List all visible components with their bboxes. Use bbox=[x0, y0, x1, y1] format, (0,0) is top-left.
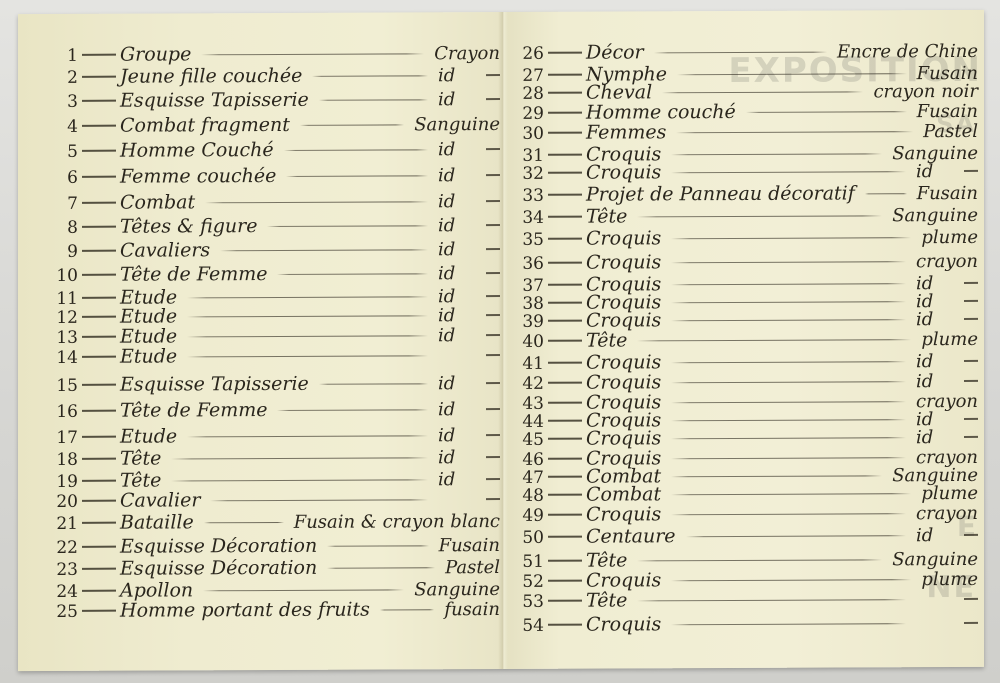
leader-line bbox=[204, 521, 284, 523]
list-item: 18Têteid bbox=[50, 446, 500, 470]
dash-separator bbox=[548, 600, 582, 602]
leader-line bbox=[671, 261, 906, 264]
entry-title: Esquisse Décoration bbox=[120, 535, 317, 558]
leader-line bbox=[187, 335, 428, 338]
dash-separator bbox=[548, 340, 582, 342]
entry-medium: Fusain & crayon blanc bbox=[294, 511, 500, 533]
entry-title: Croquis bbox=[586, 503, 661, 525]
dash-separator bbox=[82, 226, 116, 228]
list-item: 30FemmesPastel bbox=[516, 120, 978, 144]
leader-line bbox=[187, 355, 428, 358]
entry-number: 36 bbox=[516, 254, 544, 274]
dash-separator bbox=[548, 580, 582, 582]
entry-title: Croquis bbox=[586, 427, 661, 449]
right-entry-list: 26DécorEncre de Chine27NympheFusain28Che… bbox=[516, 40, 978, 42]
entry-number: 53 bbox=[516, 592, 544, 612]
list-item: 23Esquisse DécorationPastel bbox=[50, 556, 500, 580]
leader-line bbox=[686, 535, 906, 537]
leader-line bbox=[637, 339, 911, 342]
entry-title: Esquisse Tapisserie bbox=[120, 373, 309, 396]
tail-dash bbox=[964, 170, 978, 172]
tail-dash bbox=[964, 380, 978, 382]
list-item: 15Esquisse Tapisserieid bbox=[50, 372, 500, 396]
entry-number: 49 bbox=[516, 506, 544, 526]
document-sheet: 1GroupeCrayon2Jeune fille couchéeid3Esqu… bbox=[18, 10, 984, 671]
list-item: 2Jeune fille couchéeid bbox=[50, 64, 500, 88]
list-item: 22Esquisse DécorationFusain bbox=[50, 534, 500, 558]
entry-medium: id bbox=[438, 139, 478, 160]
list-item: 20Cavalier bbox=[50, 488, 500, 512]
entry-title: Centaure bbox=[586, 525, 676, 547]
leader-line bbox=[312, 75, 428, 77]
entry-title: Etude bbox=[120, 425, 177, 447]
dash-separator bbox=[548, 624, 582, 626]
list-item: 16Tête de Femmeid bbox=[50, 398, 500, 422]
leader-line bbox=[187, 315, 428, 318]
entry-medium: Sanguine bbox=[892, 205, 978, 226]
entry-medium: id bbox=[438, 191, 478, 212]
entry-medium: id bbox=[438, 305, 478, 326]
tail-dash bbox=[964, 360, 978, 362]
dash-separator bbox=[82, 297, 116, 299]
entry-number: 10 bbox=[50, 266, 78, 286]
leader-line bbox=[327, 545, 428, 547]
leader-line bbox=[662, 91, 863, 93]
entry-number: 23 bbox=[50, 560, 78, 580]
dash-separator bbox=[82, 76, 116, 78]
entry-medium: id bbox=[916, 371, 956, 392]
entry-title: Groupe bbox=[120, 43, 191, 65]
dash-separator bbox=[548, 154, 582, 156]
leader-line bbox=[676, 131, 913, 134]
entry-title: Tête de Femme bbox=[120, 263, 267, 286]
entry-title: Tête bbox=[120, 447, 161, 469]
list-item: 25Homme portant des fruitsfusain bbox=[50, 598, 500, 622]
leader-line bbox=[284, 149, 428, 151]
entry-number: 7 bbox=[50, 194, 78, 214]
entry-number: 26 bbox=[516, 44, 544, 64]
entry-title: Bataille bbox=[120, 511, 194, 533]
entry-title: Cheval bbox=[586, 81, 652, 103]
leader-line bbox=[319, 383, 428, 385]
leader-line bbox=[637, 599, 906, 602]
entry-title: Croquis bbox=[586, 251, 661, 273]
dash-separator bbox=[82, 568, 116, 570]
dash-separator bbox=[82, 410, 116, 412]
dash-separator bbox=[548, 382, 582, 384]
dash-separator bbox=[82, 54, 116, 56]
leader-line bbox=[171, 479, 428, 482]
entry-medium: id bbox=[438, 425, 478, 446]
dash-separator bbox=[82, 356, 116, 358]
entry-title: Croquis bbox=[586, 351, 661, 373]
leader-line bbox=[671, 419, 906, 422]
left-entry-list: 1GroupeCrayon2Jeune fille couchéeid3Esqu… bbox=[50, 42, 500, 44]
entry-number: 9 bbox=[50, 242, 78, 262]
entry-number: 20 bbox=[50, 492, 78, 512]
leader-line bbox=[210, 499, 428, 501]
entry-title: Etude bbox=[120, 305, 177, 327]
entry-title: Têtes & figure bbox=[120, 215, 257, 238]
entry-title: Tête bbox=[120, 469, 161, 491]
entry-title: Etude bbox=[120, 325, 177, 347]
leader-line bbox=[671, 237, 911, 240]
entry-title: Croquis bbox=[586, 227, 661, 249]
leader-line bbox=[671, 437, 906, 440]
leader-line bbox=[267, 225, 428, 227]
dash-separator bbox=[548, 92, 582, 94]
page-fold bbox=[498, 12, 508, 669]
entry-title: Homme portant des fruits bbox=[120, 599, 370, 622]
dash-separator bbox=[548, 172, 582, 174]
dash-separator bbox=[548, 238, 582, 240]
entry-title: Femme couchée bbox=[120, 165, 276, 188]
leader-line bbox=[187, 296, 428, 299]
leader-line bbox=[671, 171, 906, 174]
entry-medium: id bbox=[438, 263, 478, 284]
dash-separator bbox=[82, 202, 116, 204]
entry-medium: id bbox=[438, 373, 478, 394]
entry-medium: plume bbox=[921, 329, 978, 350]
list-item: 49Croquiscrayon bbox=[516, 502, 978, 526]
dash-separator bbox=[548, 112, 582, 114]
leader-line bbox=[671, 579, 911, 582]
leader-line bbox=[277, 409, 428, 411]
list-item: 10Tête de Femmeid bbox=[50, 262, 500, 286]
entry-medium: id bbox=[438, 65, 478, 86]
list-item: 21BatailleFusain & crayon blanc bbox=[50, 510, 500, 534]
entry-number: 22 bbox=[50, 538, 78, 558]
entry-medium: Pastel bbox=[923, 121, 978, 142]
entry-medium: id bbox=[916, 525, 956, 546]
entry-number: 14 bbox=[50, 348, 78, 368]
dash-separator bbox=[82, 316, 116, 318]
leader-line bbox=[671, 493, 911, 496]
entry-title: Tête bbox=[586, 589, 627, 611]
tail-dash bbox=[964, 318, 978, 320]
entry-medium: Sanguine bbox=[414, 114, 500, 135]
leader-line bbox=[671, 319, 906, 322]
list-item: 9Cavaliersid bbox=[50, 238, 500, 262]
dash-separator bbox=[82, 150, 116, 152]
dash-separator bbox=[548, 438, 582, 440]
list-item: 5Homme Couchéid bbox=[50, 138, 500, 162]
dash-separator bbox=[82, 590, 116, 592]
entry-medium: id bbox=[916, 351, 956, 372]
entry-title: Croquis bbox=[586, 371, 661, 393]
leader-line bbox=[220, 249, 428, 251]
entry-medium: id bbox=[916, 161, 956, 182]
entry-number: 8 bbox=[50, 218, 78, 238]
entry-title: Cavaliers bbox=[120, 239, 210, 261]
dash-separator bbox=[548, 262, 582, 264]
dash-separator bbox=[82, 176, 116, 178]
entry-title: Jeune fille couchée bbox=[120, 65, 302, 88]
list-item: 7Combatid bbox=[50, 190, 500, 214]
entry-number: 35 bbox=[516, 230, 544, 250]
entry-title: Etude bbox=[120, 345, 177, 367]
leader-line bbox=[671, 475, 882, 477]
dash-separator bbox=[548, 458, 582, 460]
dash-separator bbox=[82, 522, 116, 524]
entry-medium: id bbox=[916, 427, 956, 448]
tail-dash bbox=[964, 622, 978, 624]
dash-separator bbox=[548, 194, 582, 196]
list-item: 33Projet de Panneau décoratifFusain bbox=[516, 182, 978, 206]
list-item: 54Croquis bbox=[516, 612, 978, 636]
leader-line bbox=[677, 73, 907, 76]
dash-separator bbox=[548, 420, 582, 422]
list-item: 40Têteplume bbox=[516, 328, 978, 352]
entry-title: Croquis bbox=[586, 309, 661, 331]
leader-line bbox=[277, 273, 428, 275]
leader-line bbox=[671, 623, 906, 626]
leader-line bbox=[300, 124, 404, 126]
leader-line bbox=[671, 513, 906, 516]
tail-dash bbox=[964, 598, 978, 600]
list-item: 3Esquisse Tapisserieid bbox=[50, 88, 500, 112]
dash-separator bbox=[82, 125, 116, 127]
leader-line bbox=[201, 53, 424, 55]
dash-separator bbox=[548, 494, 582, 496]
tail-dash bbox=[964, 282, 978, 284]
entry-medium: Pastel bbox=[445, 557, 500, 578]
entry-title: Esquisse Tapisserie bbox=[120, 89, 309, 112]
entry-medium: crayon bbox=[916, 503, 978, 524]
leader-line bbox=[865, 193, 907, 195]
entry-number: 3 bbox=[50, 92, 78, 112]
dash-separator bbox=[82, 250, 116, 252]
dash-separator bbox=[548, 216, 582, 218]
leader-line bbox=[205, 201, 428, 203]
entry-number: 17 bbox=[50, 428, 78, 448]
entry-number: 18 bbox=[50, 450, 78, 470]
leader-line bbox=[319, 99, 428, 101]
entry-title: Tête de Femme bbox=[120, 399, 267, 422]
entry-title: Combat bbox=[120, 191, 195, 213]
list-item: 14Etude bbox=[50, 344, 500, 368]
entry-number: 54 bbox=[516, 616, 544, 636]
entry-title: Croquis bbox=[586, 613, 661, 635]
entry-title: Décor bbox=[586, 41, 644, 63]
leader-line bbox=[671, 301, 906, 304]
entry-number: 21 bbox=[50, 514, 78, 534]
list-item: 53Tête bbox=[516, 588, 978, 612]
entry-medium: id bbox=[438, 325, 478, 346]
leader-line bbox=[671, 401, 906, 404]
list-item: 4Combat fragmentSanguine bbox=[50, 113, 500, 137]
list-item: 50Centaureid bbox=[516, 524, 978, 548]
entry-number: 2 bbox=[50, 68, 78, 88]
leader-line bbox=[671, 457, 906, 460]
leader-line bbox=[746, 111, 907, 113]
dash-separator bbox=[548, 74, 582, 76]
list-item: 36Croquiscrayon bbox=[516, 250, 978, 274]
leader-line bbox=[203, 589, 404, 591]
dash-separator bbox=[82, 480, 116, 482]
entry-number: 32 bbox=[516, 164, 544, 184]
entry-medium: fusain bbox=[444, 599, 500, 620]
entry-medium: plume bbox=[921, 227, 978, 248]
entry-medium: id bbox=[438, 89, 478, 110]
entry-medium: id bbox=[438, 469, 478, 490]
entry-title: Croquis bbox=[586, 569, 661, 591]
dash-separator bbox=[82, 500, 116, 502]
entry-title: Tête bbox=[586, 205, 627, 227]
dash-separator bbox=[548, 560, 582, 562]
dash-separator bbox=[82, 610, 116, 612]
entry-title: Apollon bbox=[120, 579, 193, 601]
dash-separator bbox=[548, 320, 582, 322]
tail-dash bbox=[964, 436, 978, 438]
entry-medium: id bbox=[438, 447, 478, 468]
left-page: 1GroupeCrayon2Jeune fille couchéeid3Esqu… bbox=[18, 12, 502, 671]
dash-separator bbox=[82, 274, 116, 276]
entry-title: Combat fragment bbox=[120, 114, 290, 137]
entry-number: 34 bbox=[516, 208, 544, 228]
dash-separator bbox=[82, 100, 116, 102]
entry-title: Croquis bbox=[586, 161, 661, 183]
list-item: 6Femme couchéeid bbox=[50, 164, 500, 188]
leader-line bbox=[671, 283, 906, 286]
dash-separator bbox=[82, 384, 116, 386]
leader-line bbox=[380, 609, 435, 611]
list-item: 26DécorEncre de Chine bbox=[516, 40, 978, 64]
list-item: 35Croquisplume bbox=[516, 226, 978, 250]
leader-line bbox=[286, 175, 428, 177]
dash-separator bbox=[548, 284, 582, 286]
tail-dash bbox=[964, 534, 978, 536]
entry-medium: Crayon bbox=[434, 43, 500, 64]
dash-separator bbox=[82, 546, 116, 548]
entry-number: 16 bbox=[50, 402, 78, 422]
dash-separator bbox=[548, 536, 582, 538]
dash-separator bbox=[548, 52, 582, 54]
entry-number: 1 bbox=[50, 46, 78, 66]
list-item: 1GroupeCrayon bbox=[50, 42, 500, 66]
dash-separator bbox=[548, 132, 582, 134]
tail-dash bbox=[964, 418, 978, 420]
list-item: 32Croquisid bbox=[516, 160, 978, 184]
entry-title: Homme Couché bbox=[120, 139, 274, 162]
entry-title: Tête bbox=[586, 549, 627, 571]
entry-title: Projet de Panneau décoratif bbox=[586, 182, 855, 205]
dash-separator bbox=[82, 336, 116, 338]
entry-number: 50 bbox=[516, 528, 544, 548]
entry-medium: Fusain bbox=[439, 535, 500, 556]
list-item: 17Etudeid bbox=[50, 424, 500, 448]
dash-separator bbox=[548, 476, 582, 478]
list-item: 8Têtes & figureid bbox=[50, 214, 500, 238]
entry-title: Femmes bbox=[586, 121, 666, 143]
dash-separator bbox=[82, 458, 116, 460]
dash-separator bbox=[82, 436, 116, 438]
dash-separator bbox=[548, 302, 582, 304]
entry-number: 30 bbox=[516, 124, 544, 144]
entry-title: Combat bbox=[586, 483, 661, 505]
leader-line bbox=[637, 559, 882, 562]
list-item: 34TêteSanguine bbox=[516, 204, 978, 228]
dash-separator bbox=[548, 362, 582, 364]
entry-medium: Fusain bbox=[917, 183, 978, 204]
entry-medium: id bbox=[438, 165, 478, 186]
tail-dash bbox=[964, 300, 978, 302]
entry-medium: id bbox=[438, 399, 478, 420]
dash-separator bbox=[548, 514, 582, 516]
entry-number: 5 bbox=[50, 142, 78, 162]
entry-medium: id bbox=[916, 309, 956, 330]
entry-title: Cavalier bbox=[120, 489, 200, 511]
entry-medium: crayon bbox=[916, 251, 978, 272]
leader-line bbox=[671, 153, 882, 155]
entry-medium: Encre de Chine bbox=[837, 41, 978, 63]
leader-line bbox=[187, 435, 428, 438]
right-page: EXPOSITION SA E NE 26DécorEncre de Chine… bbox=[502, 10, 984, 669]
dash-separator bbox=[548, 402, 582, 404]
entry-number: 25 bbox=[50, 602, 78, 622]
leader-line bbox=[171, 457, 428, 460]
leader-line bbox=[327, 567, 435, 569]
entry-title: Tête bbox=[586, 329, 627, 351]
leader-line bbox=[654, 51, 827, 53]
entry-number: 4 bbox=[50, 117, 78, 137]
entry-medium: id bbox=[438, 215, 478, 236]
entry-number: 6 bbox=[50, 168, 78, 188]
entry-number: 15 bbox=[50, 376, 78, 396]
leader-line bbox=[671, 361, 906, 364]
leader-line bbox=[671, 381, 906, 384]
entry-medium: id bbox=[438, 239, 478, 260]
entry-title: Esquisse Décoration bbox=[120, 557, 317, 580]
entry-number: 33 bbox=[516, 186, 544, 206]
leader-line bbox=[637, 215, 882, 218]
entry-number: 40 bbox=[516, 332, 544, 352]
